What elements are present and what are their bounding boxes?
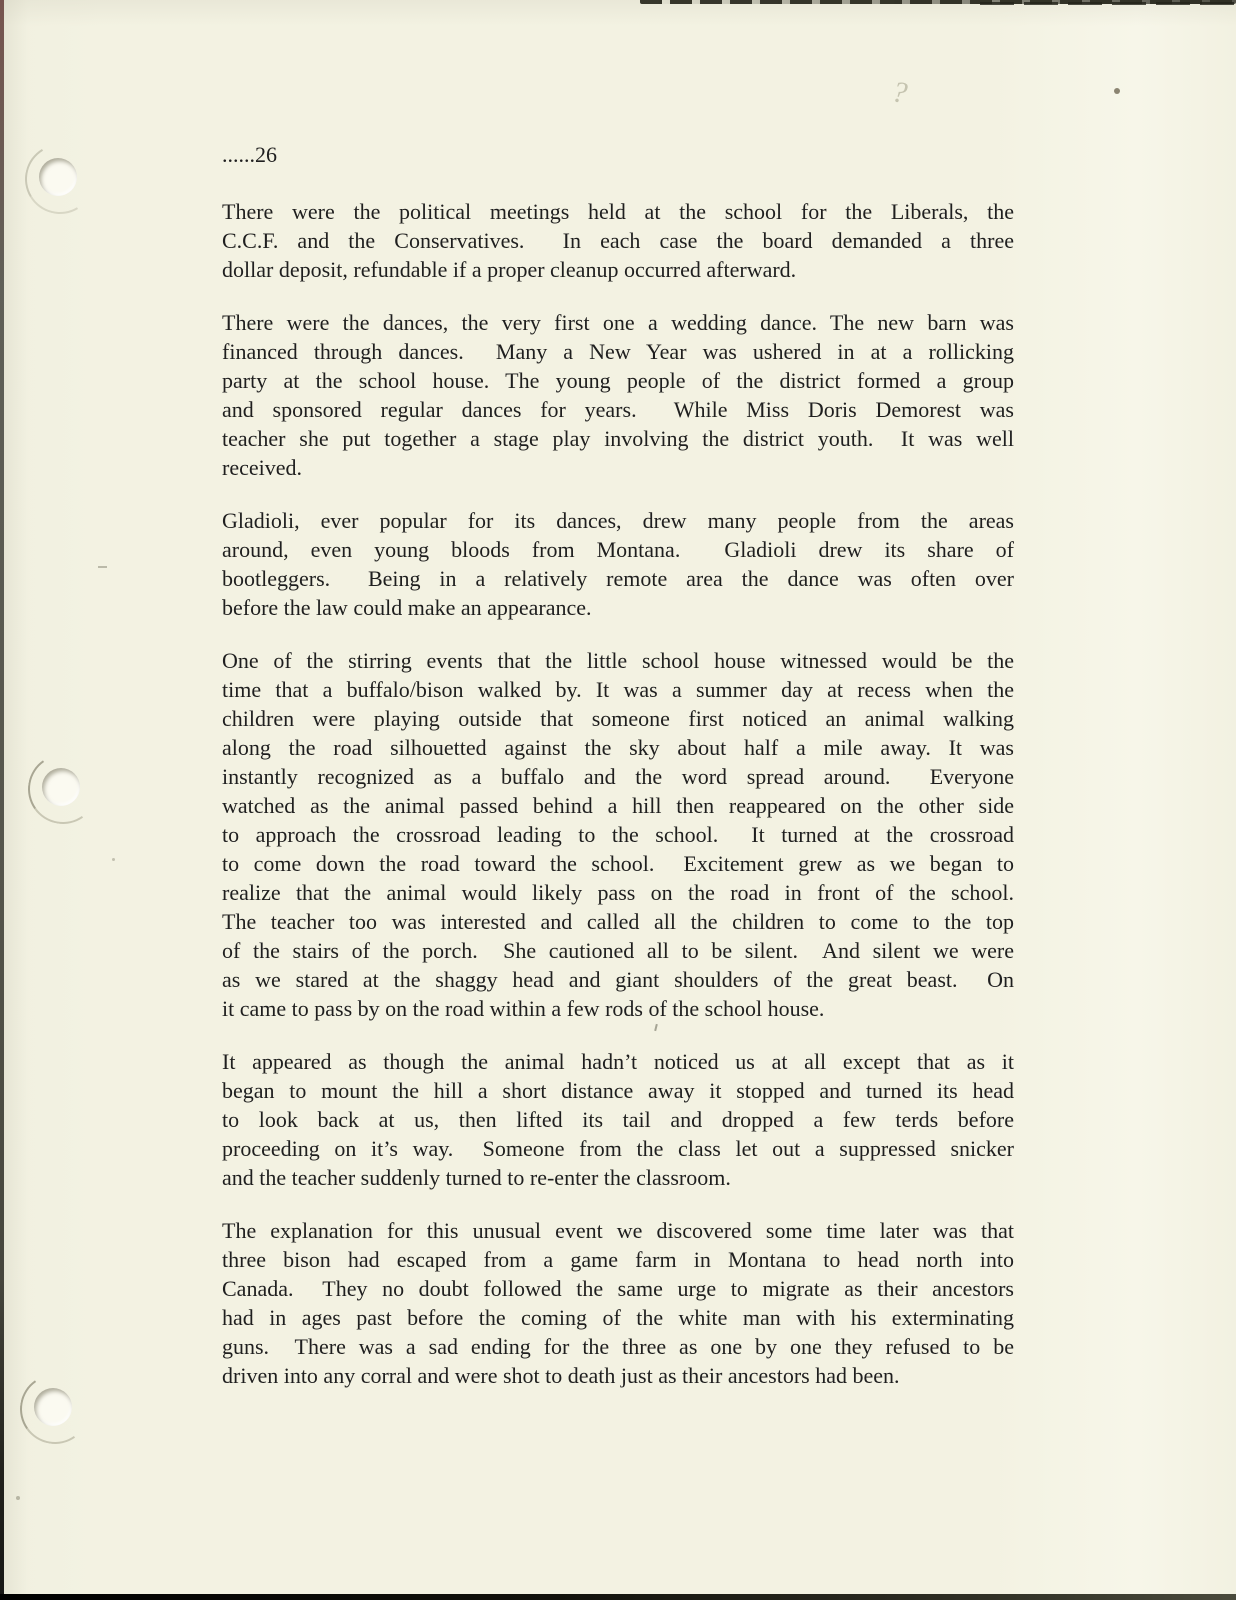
ink-dot <box>1114 88 1120 94</box>
text-line: bootleggers. Being in a relatively remot… <box>222 564 1014 593</box>
scan-bottom-edge <box>0 1594 1236 1600</box>
hole-punch-bottom <box>34 1388 72 1426</box>
text-line: time that a buffalo/bison walked by. It … <box>222 675 1014 704</box>
text-line: along the road silhouetted against the s… <box>222 733 1014 762</box>
text-line: as we stared at the shaggy head and gian… <box>222 965 1014 994</box>
hole-punch-middle <box>42 768 80 806</box>
text-line: three bison had escaped from a game farm… <box>222 1245 1014 1274</box>
text-line: driven into any corral and were shot to … <box>222 1361 1014 1390</box>
paragraph: Gladioli, ever popular for its dances, d… <box>222 506 1014 622</box>
text-line: of the stairs of the porch. She cautione… <box>222 936 1014 965</box>
text-line: around, even young bloods from Montana. … <box>222 535 1014 564</box>
text-line: It appeared as though the animal hadn’t … <box>222 1047 1014 1076</box>
paragraph: There were the political meetings held a… <box>222 197 1014 284</box>
text-line: realize that the animal would likely pas… <box>222 878 1014 907</box>
paragraph: It appeared as though the animal hadn’t … <box>222 1047 1014 1192</box>
page-number: ......26 <box>222 140 1014 169</box>
scan-left-edge <box>0 0 4 1600</box>
hole-punch-top <box>39 158 77 196</box>
text-line: Gladioli, ever popular for its dances, d… <box>222 506 1014 535</box>
paragraph: One of the stirring events that the litt… <box>222 646 1014 1023</box>
text-line: guns. There was a sad ending for the thr… <box>222 1332 1014 1361</box>
paragraph: The explanation for this unusual event w… <box>222 1216 1014 1390</box>
paragraphs-container: There were the political meetings held a… <box>222 197 1014 1390</box>
text-line: it came to pass by on the road within a … <box>222 994 1014 1023</box>
text-line: The explanation for this unusual event w… <box>222 1216 1014 1245</box>
text-line: proceeding on it’s way. Someone from the… <box>222 1134 1014 1163</box>
pencil-squiggle-mark: ? <box>889 75 909 111</box>
text-line: There were the political meetings held a… <box>222 197 1014 226</box>
text-line: had in ages past before the coming of th… <box>222 1303 1014 1332</box>
text-line: Canada. They no doubt followed the same … <box>222 1274 1014 1303</box>
text-line: watched as the animal passed behind a hi… <box>222 791 1014 820</box>
text-line: and sponsored regular dances for years. … <box>222 395 1014 424</box>
scan-speck <box>98 566 107 568</box>
text-line: to come down the road toward the school.… <box>222 849 1014 878</box>
text-line: There were the dances, the very first on… <box>222 308 1014 337</box>
text-line: One of the stirring events that the litt… <box>222 646 1014 675</box>
text-line: teacher she put together a stage play in… <box>222 424 1014 453</box>
text-line: financed through dances. Many a New Year… <box>222 337 1014 366</box>
scan-speck <box>112 858 115 861</box>
text-line: to approach the crossroad leading to the… <box>222 820 1014 849</box>
scan-speck <box>16 1496 20 1500</box>
scanned-page: ? ......26 There were the political meet… <box>0 0 1236 1600</box>
text-line: instantly recognized as a buffalo and th… <box>222 762 1014 791</box>
text-line: to look back at us, then lifted its tail… <box>222 1105 1014 1134</box>
text-line: party at the school house. The young peo… <box>222 366 1014 395</box>
text-line: C.C.F. and the Conservatives. In each ca… <box>222 226 1014 255</box>
text-line: dollar deposit, refundable if a proper c… <box>222 255 1014 284</box>
paragraph: There were the dances, the very first on… <box>222 308 1014 482</box>
text-block: ......26 There were the political meetin… <box>222 140 1014 1414</box>
text-line: The teacher too was interested and calle… <box>222 907 1014 936</box>
text-line: began to mount the hill a short distance… <box>222 1076 1014 1105</box>
text-line: and the teacher suddenly turned to re-en… <box>222 1163 1014 1192</box>
text-line: before the law could make an appearance. <box>222 593 1014 622</box>
scan-top-tear-line-heavy <box>980 2 1236 5</box>
text-line: received. <box>222 453 1014 482</box>
text-line: children were playing outside that someo… <box>222 704 1014 733</box>
